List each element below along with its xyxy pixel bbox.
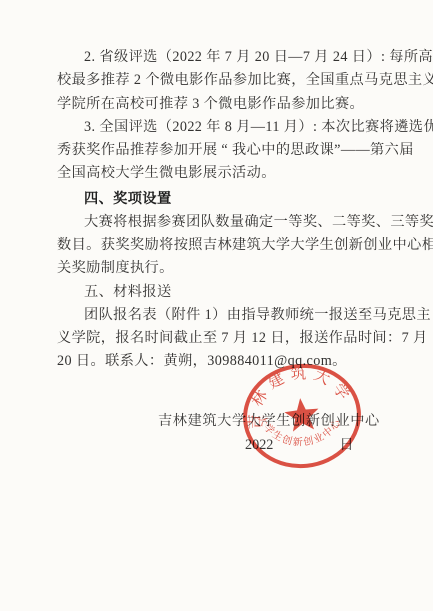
paragraph-national-line: 秀获奖作品推荐参加开展 “ 我心中的思政课”——第六届 [57, 139, 381, 162]
official-seal-stamp: 吉林建筑大学 大学生创新创业中心 [237, 360, 369, 474]
paragraph-national-line: 3. 全国评选（2022 年 8 月—11 月）: 本次比赛将遴选优 [57, 116, 381, 139]
section-heading-awards: 四、奖项设置 [57, 188, 381, 211]
paragraph-materials-line: 义学院，报名时间截止至 7 月 12 日，报送作品时间：7 月 [57, 327, 381, 350]
paragraph-national-line: 全国高校大学生微电影展示活动。 [57, 162, 381, 185]
seal-star-icon [283, 396, 320, 432]
paragraph-awards-line: 数目。获奖奖励将按照吉林建筑大学大学生创新创业中心相 [57, 234, 381, 257]
body-text: 2. 省级评选（2022 年 7 月 20 日—7 月 24 日）: 每所高 校… [57, 46, 381, 374]
paragraph-awards-line: 大赛将根据参赛团队数量确定一等奖、二等奖、三等奖 [57, 211, 381, 234]
paragraph-provincial-line: 校最多推荐 2 个微电影作品参加比赛，全国重点马克思主义 [57, 69, 381, 92]
paragraph-provincial-line: 学院所在高校可推荐 3 个微电影作品参加比赛。 [57, 93, 381, 116]
paragraph-awards-line: 关奖励制度执行。 [57, 257, 381, 280]
section-heading-materials: 五、材料报送 [57, 281, 381, 304]
paragraph-provincial-line: 2. 省级评选（2022 年 7 月 20 日—7 月 24 日）: 每所高 [57, 46, 381, 69]
document-page: 2. 省级评选（2022 年 7 月 20 日—7 月 24 日）: 每所高 校… [0, 0, 433, 611]
paragraph-materials-line: 团队报名表（附件 1）由指导教师统一报送至马克思主 [57, 304, 381, 327]
